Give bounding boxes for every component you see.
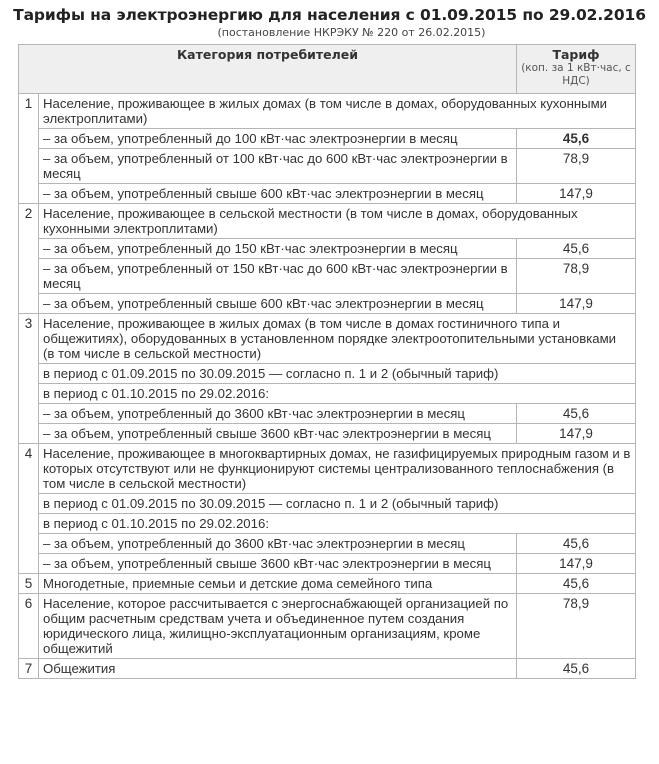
table-row: – за объем, употребленный от 100 кВт·час… xyxy=(19,149,636,184)
section-number: 5 xyxy=(19,574,39,594)
header-tariff-unit: (коп. за 1 кВт·час, с НДС) xyxy=(521,62,631,88)
header-tariff-label: Тариф xyxy=(521,47,631,62)
table-row: 7Общежития45,6 xyxy=(19,659,636,679)
table-row: 1Население, проживающее в жилых домах (в… xyxy=(19,94,636,129)
section-number: 1 xyxy=(19,94,39,204)
table-body: 1Население, проживающее в жилых домах (в… xyxy=(19,94,636,679)
category-item: – за объем, употребленный свыше 600 кВт·… xyxy=(39,294,517,314)
tariff-value: 147,9 xyxy=(517,184,636,204)
table-header-row: Категория потребителей Тариф (коп. за 1 … xyxy=(19,45,636,94)
category-title: Население, которое рассчитывается с энер… xyxy=(39,594,517,659)
table-row: в период с 01.09.2015 по 30.09.2015 — со… xyxy=(19,364,636,384)
category-title: Население, проживающее в сельской местно… xyxy=(39,204,636,239)
category-title: Население, проживающее в многоквартирных… xyxy=(39,444,636,494)
tariff-value: 45,6 xyxy=(517,129,636,149)
tariff-table: Категория потребителей Тариф (коп. за 1 … xyxy=(18,44,636,679)
category-item: – за объем, употребленный до 3600 кВт·ча… xyxy=(39,404,517,424)
table-row: в период с 01.10.2015 по 29.02.2016: xyxy=(19,514,636,534)
tariff-value: 147,9 xyxy=(517,294,636,314)
category-item: в период с 01.09.2015 по 30.09.2015 — со… xyxy=(39,364,636,384)
category-item: – за объем, употребленный свыше 600 кВт·… xyxy=(39,184,517,204)
table-row: 6Население, которое рассчитывается с эне… xyxy=(19,594,636,659)
section-number: 4 xyxy=(19,444,39,574)
category-title: Общежития xyxy=(39,659,517,679)
table-row: в период с 01.09.2015 по 30.09.2015 — со… xyxy=(19,494,636,514)
tariff-value: 78,9 xyxy=(517,594,636,659)
section-number: 7 xyxy=(19,659,39,679)
page-subtitle: (постановление НКРЭКУ № 220 от 26.02.201… xyxy=(0,26,659,39)
table-row: 5Многодетные, приемные семьи и детские д… xyxy=(19,574,636,594)
table-row: в период с 01.10.2015 по 29.02.2016: xyxy=(19,384,636,404)
table-row: – за объем, употребленный свыше 3600 кВт… xyxy=(19,554,636,574)
tariff-value: 78,9 xyxy=(517,259,636,294)
table-row: 4Население, проживающее в многоквартирны… xyxy=(19,444,636,494)
tariff-value: 45,6 xyxy=(517,574,636,594)
header-tariff: Тариф (коп. за 1 кВт·час, с НДС) xyxy=(517,45,636,94)
table-row: – за объем, употребленный до 150 кВт·час… xyxy=(19,239,636,259)
tariff-value: 147,9 xyxy=(517,554,636,574)
tariff-value: 147,9 xyxy=(517,424,636,444)
table-row: – за объем, употребленный от 150 кВт·час… xyxy=(19,259,636,294)
category-title: Население, проживающее в жилых домах (в … xyxy=(39,94,636,129)
category-item: – за объем, употребленный свыше 3600 кВт… xyxy=(39,424,517,444)
table-row: – за объем, употребленный свыше 600 кВт·… xyxy=(19,184,636,204)
tariff-value: 45,6 xyxy=(517,404,636,424)
category-item: – за объем, употребленный до 100 кВт·час… xyxy=(39,129,517,149)
category-item: – за объем, употребленный до 150 кВт·час… xyxy=(39,239,517,259)
section-number: 6 xyxy=(19,594,39,659)
category-item: – за объем, употребленный от 150 кВт·час… xyxy=(39,259,517,294)
table-row: 2Население, проживающее в сельской местн… xyxy=(19,204,636,239)
category-item: – за объем, употребленный свыше 3600 кВт… xyxy=(39,554,517,574)
table-row: – за объем, употребленный свыше 3600 кВт… xyxy=(19,424,636,444)
category-title: Многодетные, приемные семьи и детские до… xyxy=(39,574,517,594)
section-number: 2 xyxy=(19,204,39,314)
section-number: 3 xyxy=(19,314,39,444)
header-category: Категория потребителей xyxy=(19,45,517,94)
category-item: – за объем, употребленный от 100 кВт·час… xyxy=(39,149,517,184)
table-row: 3Население, проживающее в жилых домах (в… xyxy=(19,314,636,364)
table-row: – за объем, употребленный до 100 кВт·час… xyxy=(19,129,636,149)
tariff-value: 45,6 xyxy=(517,659,636,679)
category-item: в период с 01.09.2015 по 30.09.2015 — со… xyxy=(39,494,636,514)
category-item: в период с 01.10.2015 по 29.02.2016: xyxy=(39,514,636,534)
tariff-value: 45,6 xyxy=(517,534,636,554)
page-title: Тарифы на электроэнергию для населения с… xyxy=(0,6,659,24)
tariff-value: 45,6 xyxy=(517,239,636,259)
tariff-value: 78,9 xyxy=(517,149,636,184)
table-row: – за объем, употребленный свыше 600 кВт·… xyxy=(19,294,636,314)
category-title: Население, проживающее в жилых домах (в … xyxy=(39,314,636,364)
category-item: – за объем, употребленный до 3600 кВт·ча… xyxy=(39,534,517,554)
table-row: – за объем, употребленный до 3600 кВт·ча… xyxy=(19,534,636,554)
table-row: – за объем, употребленный до 3600 кВт·ча… xyxy=(19,404,636,424)
category-item: в период с 01.10.2015 по 29.02.2016: xyxy=(39,384,636,404)
